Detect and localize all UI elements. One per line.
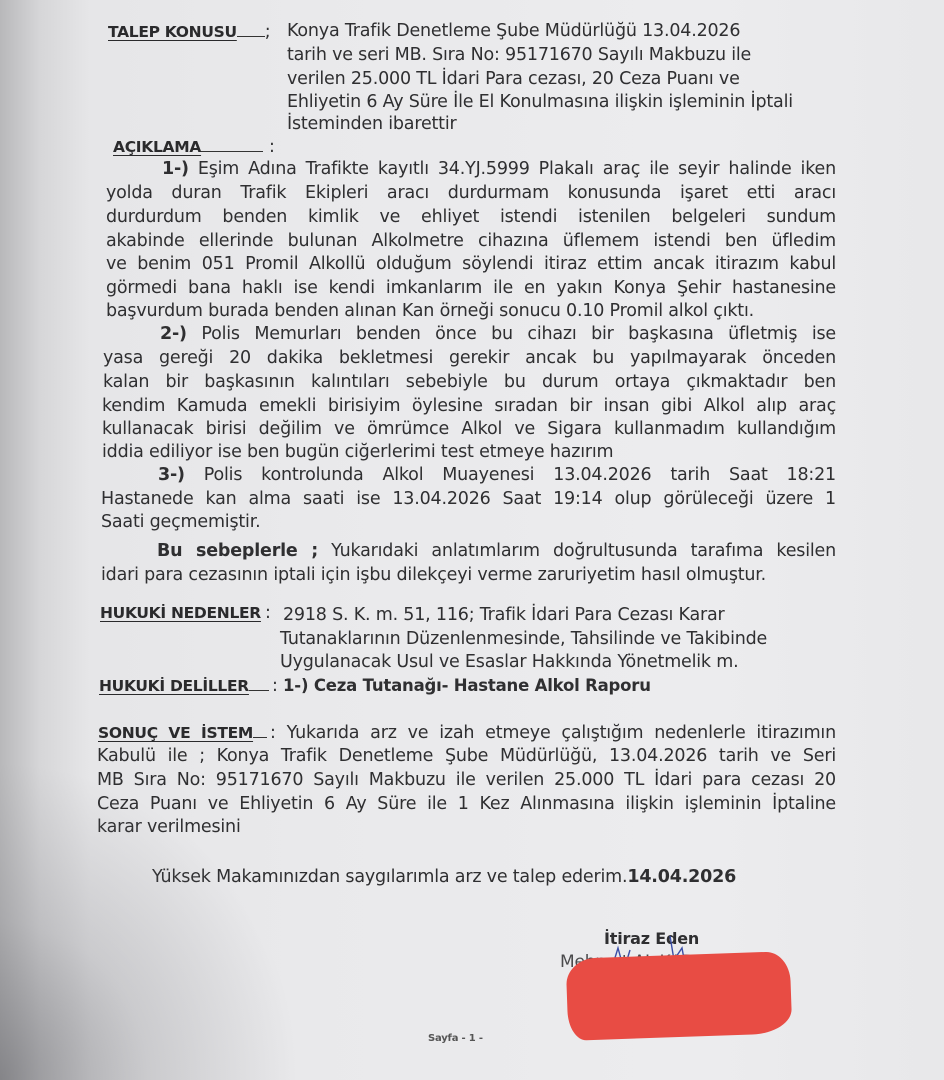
aciklama-item-2-line: kendim Kamuda emekli birisiyim öylesine … — [102, 395, 836, 417]
item-number: 1-) — [162, 159, 189, 179]
talep-konusu-line: İsteminden ibarettir — [287, 113, 457, 135]
hukuki-deliller-heading: HUKUKİ DELİLLER: 1-) Ceza Tutanağı- Hast… — [99, 674, 651, 697]
page-number: Sayfa - 1 - — [428, 1028, 483, 1050]
label-underline — [201, 135, 263, 152]
label-underline — [249, 674, 269, 691]
talep-konusu-line: tarih ve seri MB. Sıra No: 95171670 Sayı… — [287, 44, 751, 66]
aciklama-item-2-line: 2-) Polis Memurları benden önce bu cihaz… — [104, 323, 836, 345]
conclusion-text: Yukarıdaki anlatımlarım doğrultusunda ta… — [331, 541, 836, 561]
sonuc-istem-line: MB Sıra No: 95171670 Sayılı Makbuzu ile … — [97, 769, 836, 791]
sonuc-text: Yukarıda arz ve izah etmeye çalıştığım n… — [287, 723, 836, 743]
aciklama-item-1-line: durdurdum benden kimlik ve ehliyet isten… — [106, 206, 836, 228]
closing-date: 14.04.2026 — [627, 867, 736, 887]
section-label: SONUÇ VE İSTEM — [98, 724, 253, 742]
conclusion-lead: Bu sebeplerle ; — [157, 541, 318, 561]
sonuc-istem-line: karar verilmesini — [97, 816, 241, 838]
talep-konusu-heading: TALEP KONUSU; — [108, 20, 271, 43]
redaction-mark — [566, 951, 793, 1041]
section-label: HUKUKİ NEDENLER — [100, 604, 261, 622]
item-text: Polis kontrolunda Alkol Muayenesi 13.04.… — [204, 465, 836, 485]
aciklama-item-1-line: yolda duran Trafik Ekipleri aracı durdur… — [106, 182, 836, 204]
section-label: HUKUKİ DELİLLER — [99, 677, 249, 695]
aciklama-conclusion-line: idari para cezasının iptali için işbu di… — [101, 564, 766, 586]
aciklama-item-2-line: iddia ediliyor ise ben bugün ciğerlerimi… — [102, 441, 613, 463]
section-label: TALEP KONUSU — [108, 23, 237, 41]
aciklama-item-1-line: görmedi bana haklı ise kendi imkanlarım … — [106, 277, 836, 299]
item-number: 2-) — [160, 324, 187, 344]
aciklama-item-3-line: Saati geçmemiştir. — [101, 511, 260, 533]
sonuc-istem-line: Kabulü ile ; Konya Trafik Denetleme Şube… — [97, 745, 836, 767]
hukuki-deliller-value: 1-) Ceza Tutanağı- Hastane Alkol Raporu — [283, 676, 651, 695]
aciklama-item-1-line: ve benim 051 Promil Alkollü olduğum söyl… — [106, 253, 836, 275]
section-label: AÇIKLAMA — [113, 138, 201, 156]
aciklama-conclusion-line: Bu sebeplerle ; Yukarıdaki anlatımlarım … — [101, 540, 836, 562]
sonuc-istem-line: SONUÇ VE İSTEM: Yukarıda arz ve izah etm… — [98, 721, 836, 744]
item-text: Polis Memurları benden önce bu cihazı bi… — [201, 324, 836, 344]
aciklama-item-1-line: 1-) Eşim Adına Trafikte kayıtlı 34.YJ.59… — [106, 158, 836, 180]
aciklama-item-3-line: 3-) Polis kontrolunda Alkol Muayenesi 13… — [102, 464, 836, 486]
sonuc-istem-line: Ceza Puanı ve Ehliyetin 6 Ay Süre ile 1 … — [97, 793, 836, 815]
aciklama-item-2-line: yasa gereği 20 dakika bekletmesi gerekir… — [103, 347, 836, 369]
aciklama-item-2-line: kalan bir başkasının kalıntıları sebebiy… — [103, 371, 836, 393]
petition-page: TALEP KONUSU; Konya Trafik Denetleme Şub… — [0, 0, 944, 1080]
label-underline — [253, 721, 267, 738]
hukuki-nedenler-heading: HUKUKİ NEDENLER: — [100, 602, 271, 624]
hukuki-nedenler-line: 2918 S. K. m. 51, 116; Trafik İdari Para… — [283, 604, 725, 626]
aciklama-item-1-line: başvurdum burada benden alınan Kan örneğ… — [106, 300, 754, 322]
aciklama-item-1-line: akabinde ellerinde bulunan Alkolmetre ci… — [106, 230, 836, 252]
item-number: 3-) — [158, 465, 185, 485]
closing-statement: Yüksek Makamınızdan saygılarımla arz ve … — [152, 866, 736, 888]
closing-text: Yüksek Makamınızdan saygılarımla arz ve … — [152, 867, 627, 887]
hukuki-nedenler-line: Uygulanacak Usul ve Esaslar Hakkında Yön… — [280, 651, 738, 673]
aciklama-item-3-line: Hastanede kan alma saati ise 13.04.2026 … — [101, 488, 836, 510]
separator: : — [265, 603, 271, 623]
aciklama-item-2-line: kullanacak birisi değilim ve ömrümce Alk… — [102, 418, 836, 440]
label-underline — [237, 20, 265, 37]
aciklama-heading: AÇIKLAMA: — [113, 135, 275, 158]
hukuki-nedenler-line: Tutanaklarının Düzenlenmesinde, Tahsilin… — [280, 628, 767, 650]
separator: : — [270, 723, 276, 743]
talep-konusu-line: Konya Trafik Denetleme Şube Müdürlüğü 13… — [287, 20, 740, 42]
item-text: Eşim Adına Trafikte kayıtlı 34.YJ.5999 P… — [198, 159, 836, 179]
separator: : — [272, 676, 278, 696]
separator: : — [269, 137, 275, 157]
talep-konusu-line: Ehliyetin 6 Ay Süre İle El Konulmasına i… — [287, 91, 793, 113]
talep-konusu-line: verilen 25.000 TL İdari Para cezası, 20 … — [287, 68, 740, 90]
separator: ; — [265, 22, 271, 42]
